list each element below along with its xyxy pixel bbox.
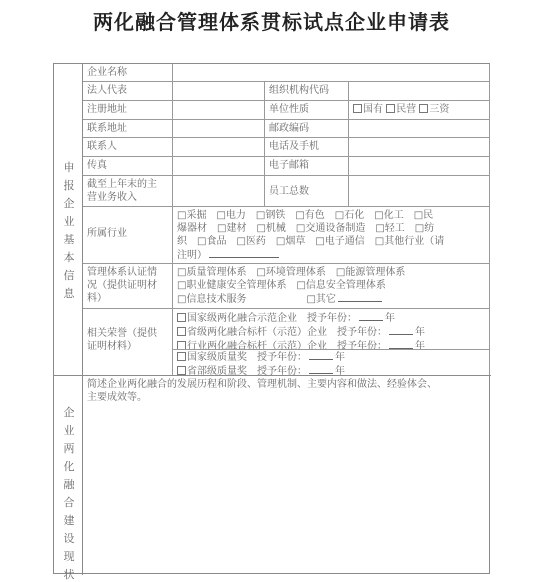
legal-rep-field[interactable] — [173, 82, 265, 101]
vertical-label-char: 本 — [62, 249, 76, 267]
contact-person-field[interactable] — [173, 138, 265, 157]
checkbox-icon — [353, 104, 362, 113]
honor-item[interactable]: 省级两化融合标杆（示范）企业授予年份：年 — [177, 325, 485, 339]
year-blank[interactable] — [389, 339, 413, 349]
year-label: 授予年份： — [257, 366, 307, 375]
checkbox-icon — [177, 327, 186, 336]
industry-line: 爆器材 □建材 □机械 □交通设备制造 □轻工 □纺 — [177, 222, 485, 235]
mgmt-cert-label-line: 管理体系认证情 — [87, 266, 168, 279]
vertical-label-char: 企 — [62, 195, 76, 213]
checkbox-icon — [419, 104, 428, 113]
year-unit: 年 — [335, 352, 345, 363]
option-label: 三资 — [429, 104, 449, 115]
checkbox-private[interactable]: 民营 — [386, 104, 416, 115]
checkbox-icon — [177, 352, 186, 361]
honors-label: 相关荣誉（提供 证明材料） — [83, 309, 173, 375]
company-name-label: 企业名称 — [83, 64, 173, 82]
checkbox-icon — [177, 341, 186, 350]
honors-label-line: 相关荣誉（提供 — [87, 327, 168, 340]
vertical-label-char: 合 — [62, 494, 76, 512]
honor-item[interactable]: 省部级质量奖授予年份：年 — [177, 364, 485, 375]
section-status-label: 企业两化融合建设现状 — [62, 404, 76, 582]
email-field[interactable] — [349, 157, 490, 176]
status-prompt-line: 主要成效等。 — [87, 391, 486, 404]
org-code-label: 组织机构代码 — [265, 82, 349, 101]
mgmt-cert-line: □信息技术服务 □其它 — [177, 292, 485, 306]
mgmt-cert-other-blank[interactable] — [338, 292, 382, 302]
industry-options[interactable]: □采掘 □电力 □钢铁 □有色 □石化 □化工 □民 爆器材 □建材 □机械 □… — [173, 207, 490, 264]
contact-address-field[interactable] — [173, 120, 265, 138]
honors-group-b: 国家级质量奖授予年份：年 省部级质量奖授予年份：年 — [173, 350, 490, 375]
phone-field[interactable] — [349, 138, 490, 157]
honor-label: 国家级质量奖 — [187, 352, 247, 363]
vertical-label-char: 申 — [62, 159, 76, 177]
industry-line: □采掘 □电力 □钢铁 □有色 □石化 □化工 □民 — [177, 209, 485, 222]
honor-item[interactable]: 国家级两化融合示范企业授予年份：年 — [177, 311, 485, 325]
section-basic-info-label: 申报企业基本信息 — [62, 159, 76, 303]
year-label: 授予年份： — [337, 327, 387, 338]
vertical-label-char: 报 — [62, 177, 76, 195]
status-description-area[interactable]: 简述企业两化融合的发展历程和阶段、管理机制、主要内容和做法、经验体会、 主要成效… — [83, 376, 490, 574]
reg-address-field[interactable] — [173, 101, 265, 120]
application-form: 申报企业基本信息 企业两化融合建设现状 企业名称 法人代表 组织机构代码 注册地… — [53, 63, 490, 574]
revenue-label-line: 截至上年末的主 — [87, 178, 168, 191]
fax-label: 传真 — [83, 157, 173, 176]
phone-label: 电话及手机 — [265, 138, 349, 157]
company-name-field[interactable] — [173, 64, 490, 82]
year-blank[interactable] — [359, 311, 383, 321]
revenue-label-line: 营业务收入 — [87, 191, 168, 204]
year-unit: 年 — [415, 341, 425, 350]
vertical-label-char: 基 — [62, 231, 76, 249]
unit-nature-options: 国有 民营 三资 — [349, 101, 490, 120]
vertical-label-char: 业 — [62, 422, 76, 440]
honor-item[interactable]: 行业两化融合标杆（示范）企业授予年份：年 — [177, 339, 485, 350]
year-label: 授予年份： — [257, 352, 307, 363]
vertical-label-char: 两 — [62, 440, 76, 458]
vertical-label-char: 设 — [62, 530, 76, 548]
industry-other-blank[interactable] — [209, 248, 279, 258]
honor-label: 省级两化融合标杆（示范）企业 — [187, 327, 327, 338]
legal-rep-label: 法人代表 — [83, 82, 173, 101]
year-blank[interactable] — [309, 350, 333, 360]
year-label: 授予年份： — [307, 313, 357, 324]
mgmt-cert-label-line: 料） — [87, 292, 168, 305]
vertical-label-char: 业 — [62, 213, 76, 231]
checkbox-icon — [386, 104, 395, 113]
vertical-label-char: 化 — [62, 458, 76, 476]
industry-line: 注明） — [177, 248, 485, 262]
option-label: 民营 — [396, 104, 416, 115]
option-label: 国有 — [363, 104, 383, 115]
revenue-label: 截至上年末的主 营业务收入 — [83, 176, 173, 207]
checkbox-state-owned[interactable]: 国有 — [353, 104, 383, 115]
honors-label-line: 证明材料） — [87, 340, 168, 353]
checkbox-icon — [177, 366, 186, 375]
honors-group-a: 国家级两化融合示范企业授予年份：年 省级两化融合标杆（示范）企业授予年份：年 行… — [173, 309, 490, 350]
mgmt-cert-options[interactable]: □质量管理体系 □环境管理体系 □能源管理体系 □职业健康安全管理体系 □信息安… — [173, 264, 490, 309]
contact-address-label: 联系地址 — [83, 120, 173, 138]
vertical-label-char: 现 — [62, 548, 76, 566]
honor-item[interactable]: 国家级质量奖授予年份：年 — [177, 350, 485, 364]
postal-code-field[interactable] — [349, 120, 490, 138]
checkbox-foreign[interactable]: 三资 — [419, 104, 449, 115]
vertical-label-char: 建 — [62, 512, 76, 530]
mgmt-cert-label: 管理体系认证情 况（提供证明材 料） — [83, 264, 173, 309]
year-blank[interactable] — [309, 364, 333, 374]
revenue-field[interactable] — [173, 176, 265, 207]
industry-note: 注明） — [177, 250, 207, 261]
mgmt-cert-line: □质量管理体系 □环境管理体系 □能源管理体系 — [177, 266, 485, 279]
honor-label: 国家级两化融合示范企业 — [187, 313, 297, 324]
year-label: 授予年份： — [337, 341, 387, 350]
vertical-label-char: 息 — [62, 285, 76, 303]
honor-label: 行业两化融合标杆（示范）企业 — [187, 341, 327, 350]
fax-field[interactable] — [173, 157, 265, 176]
status-prompt-line: 简述企业两化融合的发展历程和阶段、管理机制、主要内容和做法、经验体会、 — [87, 378, 486, 391]
year-unit: 年 — [385, 313, 395, 324]
year-blank[interactable] — [389, 325, 413, 335]
year-unit: 年 — [415, 327, 425, 338]
reg-address-label: 注册地址 — [83, 101, 173, 120]
employees-label: 员工总数 — [265, 176, 349, 207]
industry-label: 所属行业 — [83, 207, 173, 264]
email-label: 电子邮箱 — [265, 157, 349, 176]
mgmt-cert-other: □信息技术服务 □其它 — [177, 294, 336, 305]
org-code-field[interactable] — [349, 82, 490, 101]
employees-field[interactable] — [349, 176, 490, 207]
vertical-label-char: 信 — [62, 267, 76, 285]
vertical-label-char: 融 — [62, 476, 76, 494]
year-unit: 年 — [335, 366, 345, 375]
checkbox-icon — [177, 313, 186, 322]
postal-code-label: 邮政编码 — [265, 120, 349, 138]
form-title: 两化融合管理体系贯标试点企业申请表 — [0, 6, 543, 35]
industry-line: 织 □食品 □医药 □烟草 □电子通信 □其他行业（请 — [177, 235, 485, 248]
unit-nature-label: 单位性质 — [265, 101, 349, 120]
mgmt-cert-label-line: 况（提供证明材 — [87, 279, 168, 292]
vertical-label-char: 状 — [62, 566, 76, 582]
mgmt-cert-line: □职业健康安全管理体系 □信息安全管理体系 — [177, 279, 485, 292]
vertical-label-char: 企 — [62, 404, 76, 422]
honor-label: 省部级质量奖 — [187, 366, 247, 375]
contact-person-label: 联系人 — [83, 138, 173, 157]
